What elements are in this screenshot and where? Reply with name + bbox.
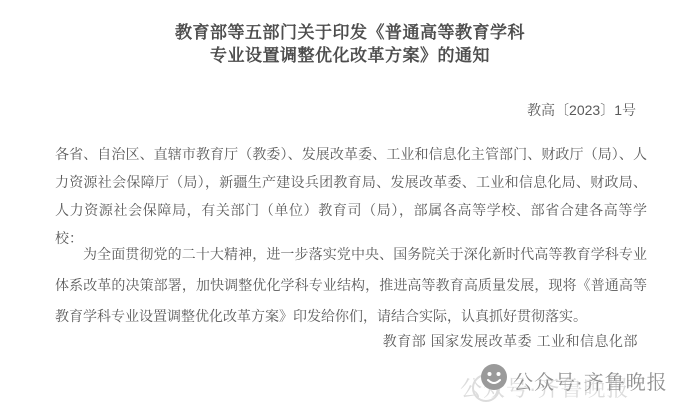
watermark: 公众号·齐鲁晚报 公众号·齐鲁晚报	[420, 356, 700, 407]
smiley-face-icon	[480, 363, 508, 391]
document-number: 教高〔2023〕1号	[527, 100, 636, 120]
body-paragraph: 为全面贯彻党的二十大精神，进一步落实党中央、国务院关于深化新时代高等教育学科专业…	[55, 239, 647, 332]
document-page: 教育部等五部门关于印发《普通高等教育学科 专业设置调整优化改革方案》的通知 教高…	[0, 0, 700, 407]
watermark-text: 公众号·齐鲁晚报	[513, 366, 668, 395]
signature-line: 教育部 国家发展改革委 工业和信息化部	[383, 331, 638, 351]
recipients-paragraph: 各省、自治区、直辖市教育厅（教委）、发展改革委、工业和信息化主管部门、财政厅（局…	[55, 140, 647, 252]
document-title-line2: 专业设置调整优化改革方案》的通知	[0, 44, 700, 67]
document-title: 教育部等五部门关于印发《普通高等教育学科 专业设置调整优化改革方案》的通知	[0, 21, 700, 67]
document-title-line1: 教育部等五部门关于印发《普通高等教育学科	[0, 21, 700, 44]
